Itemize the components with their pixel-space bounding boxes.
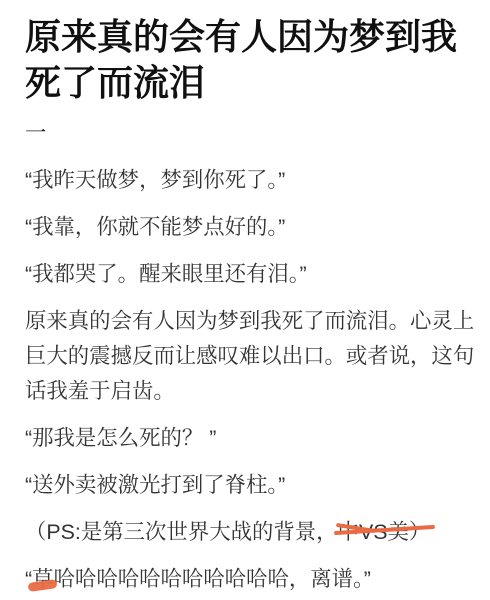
article-title: 原来真的会有人因为梦到我死了而流泪 [25, 14, 463, 106]
dialogue-line-3: “我都哭了。醒来眼里还有泪。” [25, 257, 480, 292]
dialogue-line-4: “那我是怎么死的？ ” [25, 421, 480, 456]
ps-line-text: （PS:是第三次世界大战的背景， [25, 520, 338, 544]
separator-dash: 一 [25, 116, 480, 151]
dialogue-line-2: “我靠，你就不能梦点好的。” [25, 210, 480, 245]
laugh-line: “草哈哈哈哈哈哈哈哈哈哈哈，离谱。” [25, 562, 480, 597]
article-page: 原来真的会有人因为梦到我死了而流泪 一 “我昨天做梦，梦到你死了。” “我靠，你… [0, 0, 490, 600]
dialogue-line-1: “我昨天做梦，梦到你死了。” [25, 163, 480, 198]
laugh-text: 哈哈哈哈哈哈哈哈哈哈哈，离谱。” [54, 567, 371, 591]
dialogue-line-5: “送外卖被激光打到了脊柱。” [25, 468, 480, 503]
struck-text-cn-vs-us: 中VS美） [338, 515, 431, 550]
scribbled-out-character: 草 [32, 562, 53, 597]
ps-line: （PS:是第三次世界大战的背景，中VS美） [25, 515, 480, 550]
body-paragraph: 原来真的会有人因为梦到我死了而流泪。心灵上巨大的震撼反而让感叹难以出口。或者说，… [25, 304, 480, 409]
